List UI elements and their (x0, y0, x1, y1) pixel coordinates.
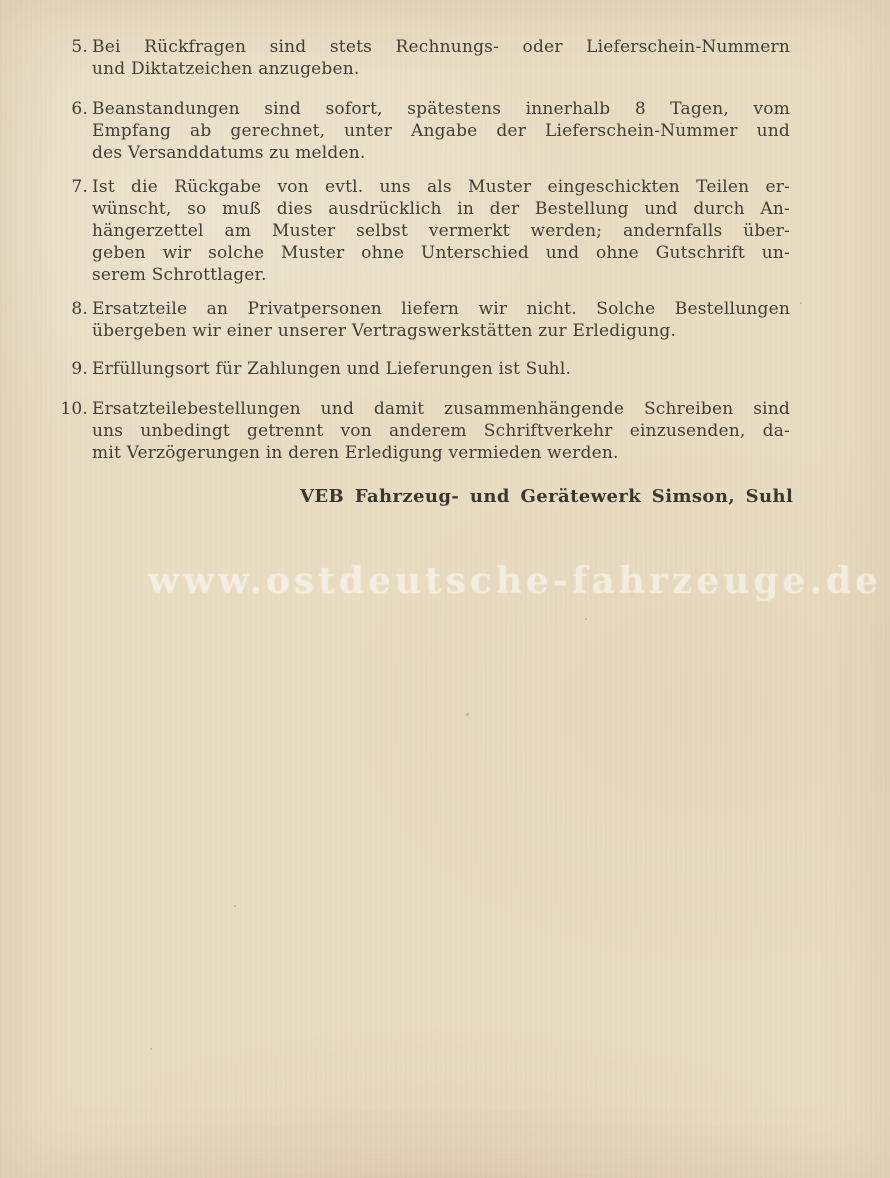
text-line: Ersatzteile an Privatpersonen liefern wi… (92, 298, 790, 320)
item-text: Ist die Rückgabe von evtl. uns als Muste… (92, 176, 790, 286)
item-number: 10. (55, 398, 92, 464)
watermark: www.ostdeutsche-fahrzeuge.de (148, 560, 882, 602)
paper-speck (800, 302, 802, 304)
list-item: 9. Erfüllungsort für Zahlungen und Liefe… (55, 358, 790, 380)
list-item: 10. Ersatzteilebestellungen und damit zu… (55, 398, 790, 464)
list-item: 5. Bei Rückfragen sind stets Rechnungs- … (55, 36, 790, 80)
text-line: serem Schrottlager. (92, 264, 790, 286)
text-line: des Versanddatums zu melden. (92, 142, 790, 164)
text-line: uns unbedingt getrennt von anderem Schri… (92, 420, 790, 442)
signature-line: VEB Fahrzeug- und Gerätewerk Simson, Suh… (300, 486, 793, 507)
item-text: Ersatzteile an Privatpersonen liefern wi… (92, 298, 790, 342)
item-number: 9. (55, 358, 92, 380)
text-line: hängerzettel am Muster selbst vermerkt w… (92, 220, 790, 242)
paper-speck (150, 1048, 152, 1050)
text-line: wünscht, so muß dies ausdrücklich in der… (92, 198, 790, 220)
paper-speck (585, 618, 587, 620)
text-line: Beanstandungen sind sofort, spätestens i… (92, 98, 790, 120)
scanned-document-page: www.ostdeutsche-fahrzeuge.de 5. Bei Rück… (0, 0, 890, 1178)
text-line: geben wir solche Muster ohne Unterschied… (92, 242, 790, 264)
item-text: Erfüllungsort für Zahlungen und Lieferun… (92, 358, 790, 380)
item-number: 6. (55, 98, 92, 164)
text-line: Empfang ab gerechnet, unter Angabe der L… (92, 120, 790, 142)
item-text: Bei Rückfragen sind stets Rechnungs- ode… (92, 36, 790, 80)
paper-speck (234, 905, 236, 907)
text-line: Ist die Rückgabe von evtl. uns als Muste… (92, 176, 790, 198)
list-item: 7. Ist die Rückgabe von evtl. uns als Mu… (55, 176, 790, 286)
text-line: übergeben wir einer unserer Vertragswerk… (92, 320, 790, 342)
item-text: Ersatzteilebestellungen und damit zusamm… (92, 398, 790, 464)
text-line: mit Verzögerungen in deren Erledigung ve… (92, 442, 790, 464)
item-number: 5. (55, 36, 92, 80)
list-item: 6. Beanstandungen sind sofort, spätesten… (55, 98, 790, 164)
text-line: Ersatzteilebestellungen und damit zusamm… (92, 398, 790, 420)
item-number: 8. (55, 298, 92, 342)
item-number: 7. (55, 176, 92, 286)
text-line: Erfüllungsort für Zahlungen und Lieferun… (92, 358, 790, 380)
text-line: Bei Rückfragen sind stets Rechnungs- ode… (92, 36, 790, 58)
paper-speck (466, 713, 469, 716)
text-line: und Diktatzeichen anzugeben. (92, 58, 790, 80)
list-item: 8. Ersatzteile an Privatpersonen liefern… (55, 298, 790, 342)
item-text: Beanstandungen sind sofort, spätestens i… (92, 98, 790, 164)
